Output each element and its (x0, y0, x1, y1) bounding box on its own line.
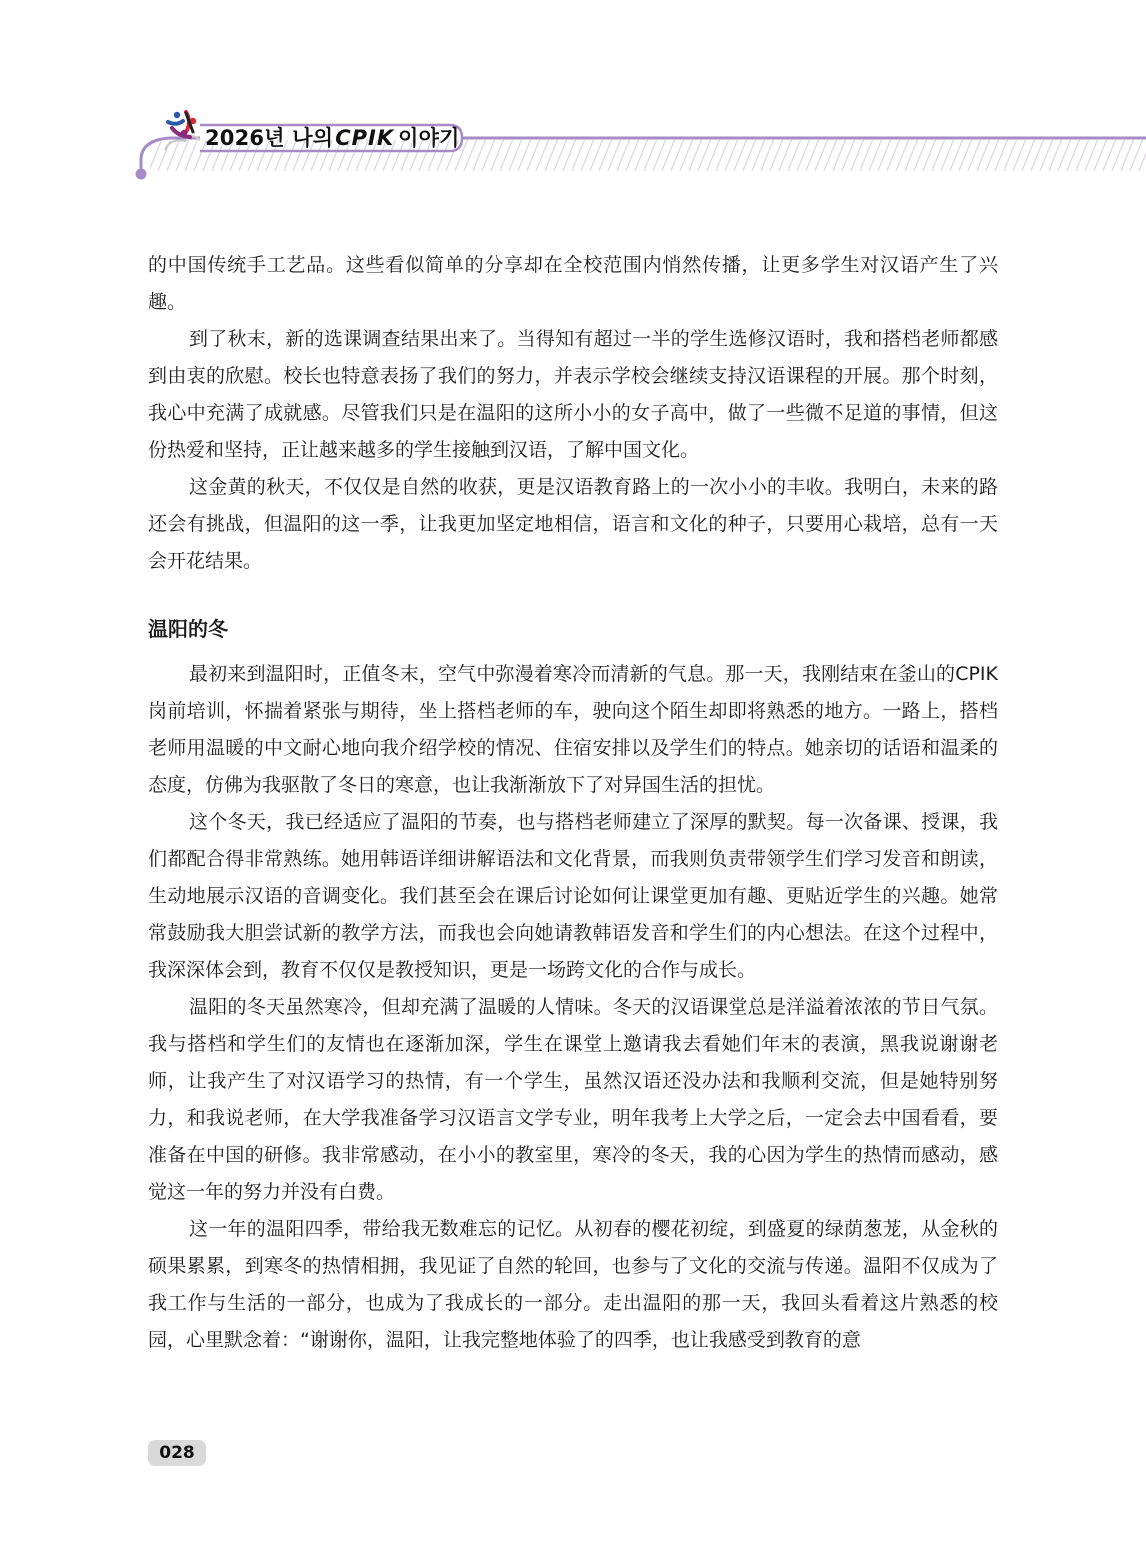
paragraph: 这一年的温阳四季，带给我无数难忘的记忆。从初春的樱花初绽，到盛夏的绿荫葱茏，从金… (148, 1211, 998, 1359)
header-decoration (0, 0, 1146, 200)
paragraph: 到了秋末，新的选课调查结果出来了。当得知有超过一半的学生选修汉语时，我和搭档老师… (148, 321, 998, 469)
cpik-logo-icon (168, 112, 196, 137)
page-number: 028 (148, 1440, 206, 1466)
paragraph: 的中国传统手工艺品。这些看似简单的分享却在全校范围内悄然传播，让更多学生对汉语产… (148, 247, 998, 321)
section-heading: 温阳的冬 (148, 614, 998, 644)
paragraph: 最初来到温阳时，正值冬末，空气中弥漫着寒冷而清新的气息。那一天，我刚结束在釜山的… (148, 656, 998, 804)
paragraph: 这个冬天，我已经适应了温阳的节奏，也与搭档老师建立了深厚的默契。每一次备课、授课… (148, 804, 998, 989)
paragraph: 这金黄的秋天，不仅仅是自然的收获，更是汉语教育路上的一次小小的丰收。我明白，未来… (148, 469, 998, 580)
article-body: 的中国传统手工艺品。这些看似简单的分享却在全校范围内悄然传播，让更多学生对汉语产… (148, 247, 998, 1359)
title-brand: CPIK (335, 126, 394, 150)
title-suffix: 이야기 (398, 126, 459, 150)
title-prefix: 2026년 나의 (205, 126, 333, 150)
page-header: 2026년 나의CPIK이야기 (0, 0, 1146, 200)
paragraph: 温阳的冬天虽然寒冷，但却充满了温暖的人情味。冬天的汉语课堂总是洋溢着浓浓的节日气… (148, 989, 998, 1211)
chapter-title: 2026년 나의CPIK이야기 (205, 122, 460, 152)
